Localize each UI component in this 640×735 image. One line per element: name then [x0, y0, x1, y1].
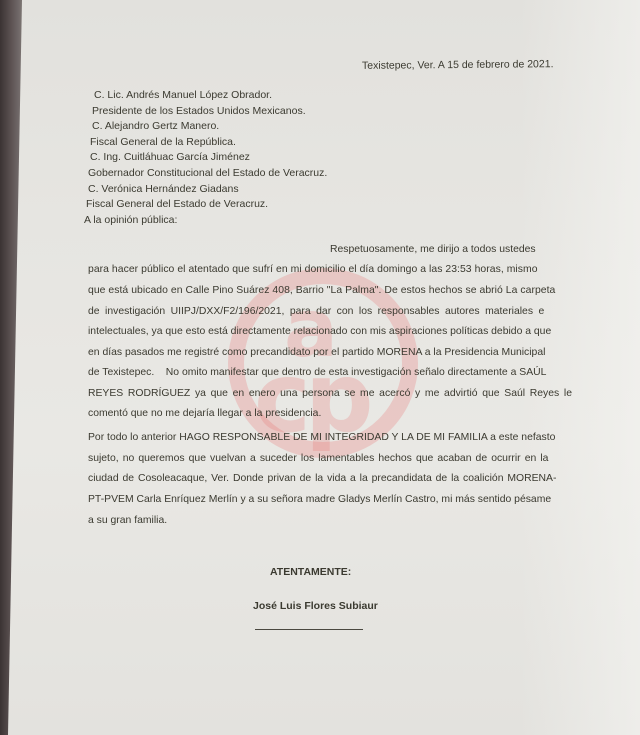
recipient-line: C. Alejandro Gertz Manero.	[88, 119, 327, 135]
paragraph-1-line: de Texistepec. No omito manifestar que d…	[88, 367, 546, 378]
paragraph-2-line: ciudad de Cosoleacaque, Ver. Donde priva…	[88, 473, 556, 484]
recipient-line: Fiscal General del Estado de Veracruz.	[86, 197, 327, 213]
recipient-line: A la opinión pública:	[84, 213, 327, 229]
paragraph-1-line: para hacer público el atentado que sufrí…	[88, 264, 538, 275]
paragraph-2-line: sujeto, no queremos que vuelvan a sucede…	[88, 453, 548, 464]
paragraph-1-line: en días pasados me registré como precand…	[88, 347, 545, 358]
signatory-name: José Luis Flores Subiaur	[253, 600, 378, 612]
recipient-line: C. Ing. Cuitláhuac García Jiménez	[88, 150, 327, 166]
recipient-line: C. Lic. Andrés Manuel López Obrador.	[88, 88, 327, 104]
signature-line	[255, 629, 363, 630]
paragraph-2-line: Por todo lo anterior HAGO RESPONSABLE DE…	[88, 432, 555, 443]
paragraph-1-line: de investigación UIIPJ/DXX/F2/196/2021, …	[88, 306, 544, 317]
recipient-line: Gobernador Constitucional del Estado de …	[88, 166, 327, 182]
recipients-block: C. Lic. Andrés Manuel López Obrador. Pre…	[88, 88, 327, 228]
acp-watermark-logo: a cp	[228, 268, 418, 458]
paragraph-1-line: REYES RODRÍGUEZ ya que en enero una pers…	[88, 388, 572, 399]
recipient-line: Presidente de los Estados Unidos Mexican…	[88, 104, 327, 120]
closing-text: ATENTAMENTE:	[270, 566, 351, 578]
recipient-line: C. Verónica Hernández Giadans	[88, 182, 327, 198]
place-date: Texistepec, Ver. A 15 de febrero de 2021…	[362, 58, 554, 72]
recipient-line: Fiscal General de la República.	[88, 135, 327, 151]
paragraph-1-line: intelectuales, ya que esto está directam…	[88, 326, 551, 337]
paragraph-1-line: comentó que no me dejaría llegar a la pr…	[88, 408, 321, 419]
paragraph-1-line: que está ubicado en Calle Pino Suárez 40…	[88, 285, 555, 296]
paragraph-2-line: PT-PVEM Carla Enríquez Merlín y a su señ…	[88, 494, 551, 505]
paragraph-2-line: a su gran familia.	[88, 515, 167, 526]
paragraph-1-line: Respetuosamente, me dirijo a todos usted…	[330, 244, 536, 255]
